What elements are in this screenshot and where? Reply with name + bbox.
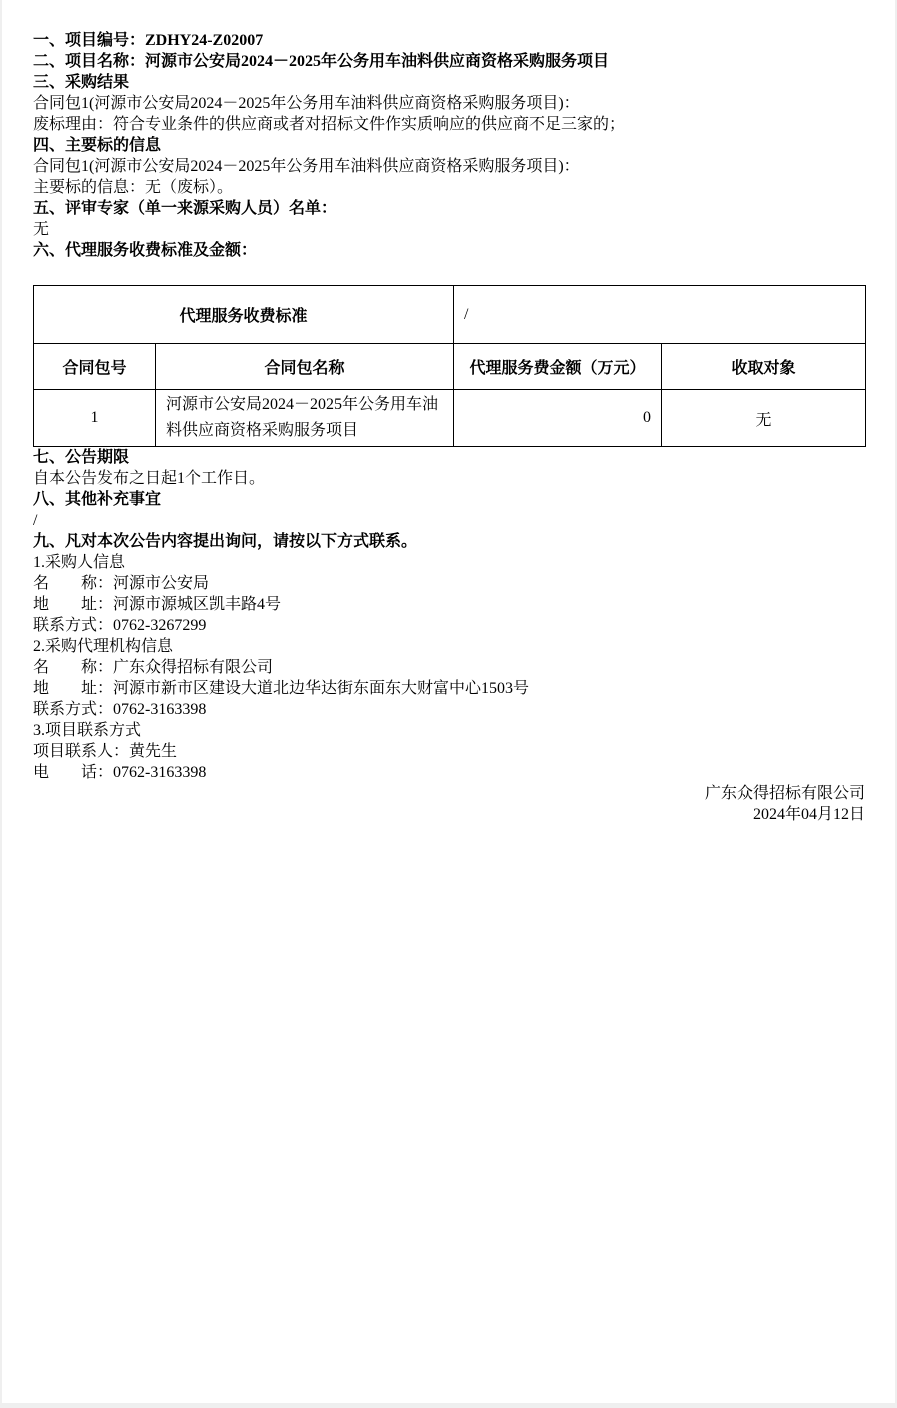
announcement-document: 一、项目编号：ZDHY24-Z02007 二、项目名称：河源市公安局2024－2… (2, 0, 895, 825)
cell-package-no: 1 (34, 390, 156, 447)
agency-info-title: 2.采购代理机构信息 (33, 636, 865, 657)
s7-value: 自本公告发布之日起1个工作日。 (33, 468, 865, 489)
s3-abort-reason: 废标理由：符合专业条件的供应商或者对招标文件作实质响应的供应商不足三家的； (33, 114, 865, 135)
purchaser-address: 地 址：河源市源城区凯丰路4号 (33, 594, 865, 615)
section-9-heading: 九、凡对本次公告内容提出询问，请按以下方式联系。 (33, 531, 865, 552)
section-5-heading: 五、评审专家（单一来源采购人员）名单： (33, 198, 865, 219)
fee-table: 代理服务收费标准 / 合同包号 合同包名称 代理服务费金额（万元） 收取对象 1… (33, 285, 866, 447)
section-3-heading: 三、采购结果 (33, 72, 865, 93)
s8-value: / (33, 510, 865, 531)
purchaser-phone: 联系方式：0762-3267299 (33, 615, 865, 636)
footer-company: 广东众得招标有限公司 (33, 783, 865, 804)
agency-name: 名 称：广东众得招标有限公司 (33, 657, 865, 678)
footer-date: 2024年04月12日 (33, 804, 865, 825)
fee-standard-row: 代理服务收费标准 / (34, 286, 866, 344)
s3-package-line: 合同包1(河源市公安局2024－2025年公务用车油料供应商资格采购服务项目)： (33, 93, 865, 114)
project-contact-phone: 电 话：0762-3163398 (33, 762, 865, 783)
project-contact-title: 3.项目联系方式 (33, 720, 865, 741)
agency-address: 地 址：河源市新市区建设大道北边华达街东面东大财富中心1503号 (33, 678, 865, 699)
section-6-heading: 六、代理服务收费标准及金额： (33, 240, 865, 261)
project-contact-person: 项目联系人：黄先生 (33, 741, 865, 762)
purchaser-info-title: 1.采购人信息 (33, 552, 865, 573)
cell-charge-target: 无 (662, 390, 866, 447)
section-2-heading: 二、项目名称：河源市公安局2024－2025年公务用车油料供应商资格采购服务项目 (33, 51, 865, 72)
s4-package-line: 合同包1(河源市公安局2024－2025年公务用车油料供应商资格采购服务项目)： (33, 156, 865, 177)
fee-header-row: 合同包号 合同包名称 代理服务费金额（万元） 收取对象 (34, 344, 866, 390)
fee-standard-label-cell: 代理服务收费标准 (34, 286, 454, 344)
header-package-no: 合同包号 (34, 344, 156, 390)
s5-value: 无 (33, 219, 865, 240)
s4-subject-info: 主要标的信息：无（废标）。 (33, 177, 865, 198)
header-fee-amount: 代理服务费金额（万元） (454, 344, 662, 390)
section-7-heading: 七、公告期限 (33, 447, 865, 468)
section-1-heading: 一、项目编号：ZDHY24-Z02007 (33, 30, 865, 51)
agency-phone: 联系方式：0762-3163398 (33, 699, 865, 720)
purchaser-name: 名 称：河源市公安局 (33, 573, 865, 594)
section-4-heading: 四、主要标的信息 (33, 135, 865, 156)
cell-fee-amount: 0 (454, 390, 662, 447)
header-charge-target: 收取对象 (662, 344, 866, 390)
fee-data-row: 1 河源市公安局2024－2025年公务用车油料供应商资格采购服务项目 0 无 (34, 390, 866, 447)
announcement-page: 一、项目编号：ZDHY24-Z02007 二、项目名称：河源市公安局2024－2… (2, 0, 895, 1403)
fee-standard-value-cell: / (454, 286, 866, 344)
section-8-heading: 八、其他补充事宜 (33, 489, 865, 510)
cell-package-name: 河源市公安局2024－2025年公务用车油料供应商资格采购服务项目 (156, 390, 454, 447)
header-package-name: 合同包名称 (156, 344, 454, 390)
